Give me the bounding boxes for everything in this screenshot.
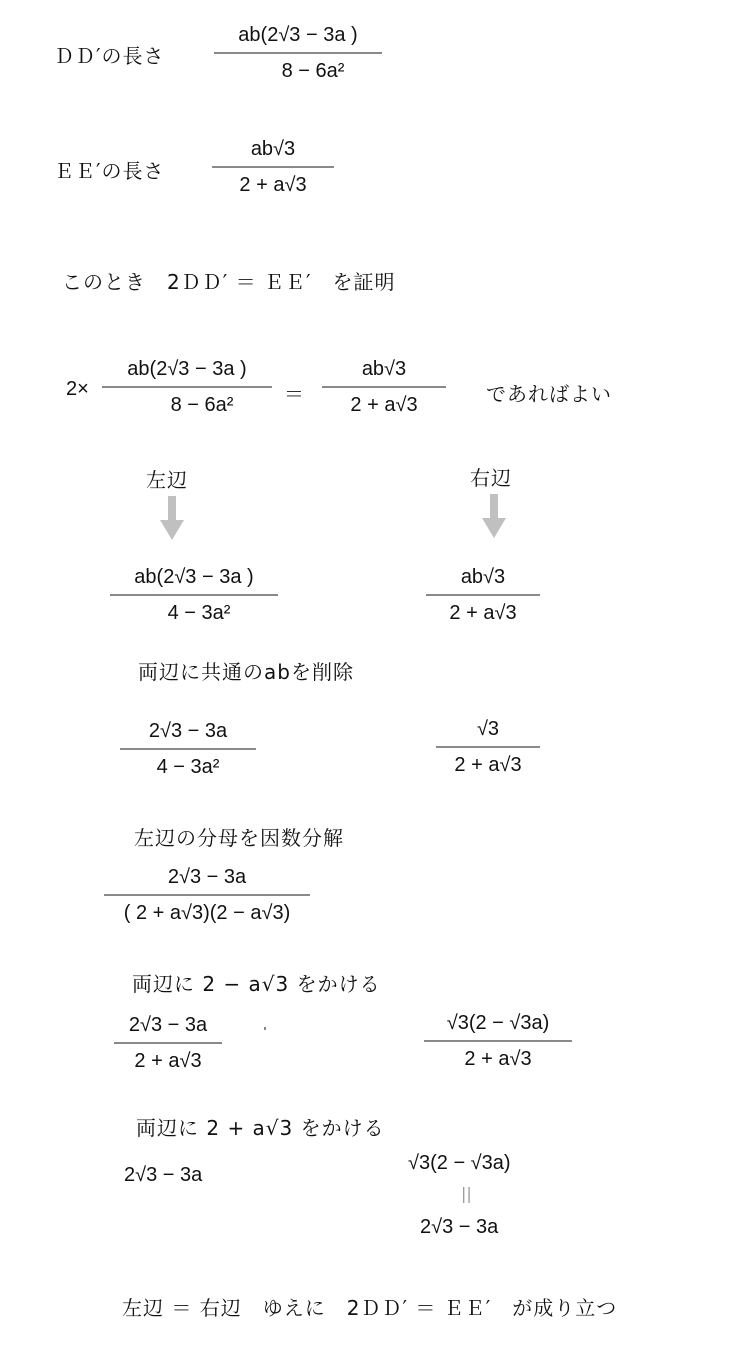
- step2-left-denominator: 4 − 3a²: [157, 754, 220, 780]
- step4-left-fraction: 2√3 − 3a 2 + a√3: [114, 1012, 222, 1074]
- step3-left-fraction: 2√3 − 3a ( 2 + a√3)(2 − a√3): [104, 864, 310, 926]
- right-side-label: 右辺: [470, 462, 512, 491]
- dd-length-fraction: ab(2√3 − 3a ) 8 − 6a²: [214, 22, 382, 84]
- left-side-label: 左辺: [146, 464, 188, 493]
- step4-left-denominator: 2 + a√3: [134, 1048, 201, 1074]
- step3-left-numerator: 2√3 − 3a: [168, 864, 246, 890]
- condition-prefix: 2×: [66, 378, 89, 401]
- step2-right-numerator: √3: [477, 716, 499, 742]
- step2-caption: 両辺に共通のabを削除: [138, 656, 354, 685]
- step5-right-expression-top: √3(2 − √3a): [408, 1152, 511, 1175]
- ee-numerator: ab√3: [251, 136, 295, 162]
- dd-denominator: 8 − 6a²: [252, 58, 345, 84]
- fraction-bar: [212, 166, 334, 168]
- step4-right-fraction: √3(2 − √3a) 2 + a√3: [424, 1010, 572, 1072]
- step2-left-fraction: 2√3 − 3a 4 − 3a²: [120, 718, 256, 780]
- step3-left-denominator: ( 2 + a√3)(2 − a√3): [124, 900, 290, 926]
- step5-right-expression-bottom: 2√3 − 3a: [420, 1216, 498, 1239]
- fraction-bar: [102, 386, 272, 388]
- step1-left-denominator: 4 − 3a²: [158, 600, 231, 626]
- down-arrow-icon: [482, 494, 506, 542]
- conclusion-statement: 左辺 ＝ 右辺 ゆえに 2ＤＤ′ ＝ ＥＥ′ が成り立つ: [122, 1292, 617, 1321]
- step2-left-numerator: 2√3 − 3a: [149, 718, 227, 744]
- ee-length-label: ＥＥ′の長さ: [54, 155, 165, 184]
- fraction-bar: [424, 1040, 572, 1042]
- down-arrow-icon: [160, 496, 184, 544]
- condition-suffix: であればよい: [486, 378, 612, 407]
- fraction-bar: [110, 594, 278, 596]
- fraction-bar: [426, 594, 540, 596]
- step1-right-numerator: ab√3: [461, 564, 505, 590]
- step4-right-denominator: 2 + a√3: [464, 1046, 531, 1072]
- step4-caption: 両辺に 2 − a√3 をかける: [132, 968, 381, 997]
- fraction-bar: [114, 1042, 222, 1044]
- step5-caption: 両辺に 2 + a√3 をかける: [136, 1112, 385, 1141]
- condition-left-numerator: ab(2√3 − 3a ): [127, 356, 246, 382]
- fraction-bar: [120, 748, 256, 750]
- ee-length-fraction: ab√3 2 + a√3: [212, 136, 334, 198]
- claim-statement: このとき 2ＤＤ′ ＝ ＥＥ′ を証明: [62, 266, 396, 295]
- condition-right-numerator: ab√3: [362, 356, 406, 382]
- step5-left-expression: 2√3 − 3a: [124, 1164, 202, 1187]
- fraction-bar: [104, 894, 310, 896]
- fraction-bar: [214, 52, 382, 54]
- step1-left-numerator: ab(2√3 − 3a ): [134, 564, 253, 590]
- step2-right-denominator: 2 + a√3: [454, 752, 521, 778]
- step1-right-fraction: ab√3 2 + a√3: [426, 564, 540, 626]
- fraction-bar: [322, 386, 446, 388]
- step1-left-fraction: ab(2√3 − 3a ) 4 − 3a²: [110, 564, 278, 626]
- condition-left-denominator: 8 − 6a²: [141, 392, 234, 418]
- fraction-bar: [436, 746, 540, 748]
- condition-equals: ＝: [284, 378, 304, 407]
- step4-left-numerator: 2√3 − 3a: [129, 1012, 207, 1038]
- ee-denominator: 2 + a√3: [239, 172, 306, 198]
- step2-right-fraction: √3 2 + a√3: [436, 716, 540, 778]
- condition-right-denominator: 2 + a√3: [350, 392, 417, 418]
- step3-caption: 左辺の分母を因数分解: [134, 822, 344, 851]
- step1-right-denominator: 2 + a√3: [449, 600, 516, 626]
- stray-dot: [264, 1027, 266, 1030]
- condition-left-fraction: ab(2√3 − 3a ) 8 − 6a²: [102, 356, 272, 418]
- dd-numerator: ab(2√3 − 3a ): [238, 22, 357, 48]
- step4-right-numerator: √3(2 − √3a): [447, 1010, 550, 1036]
- equivalence-mark: ||: [461, 1184, 472, 1203]
- condition-right-fraction: ab√3 2 + a√3: [322, 356, 446, 418]
- dd-length-label: ＤＤ′の長さ: [54, 40, 165, 69]
